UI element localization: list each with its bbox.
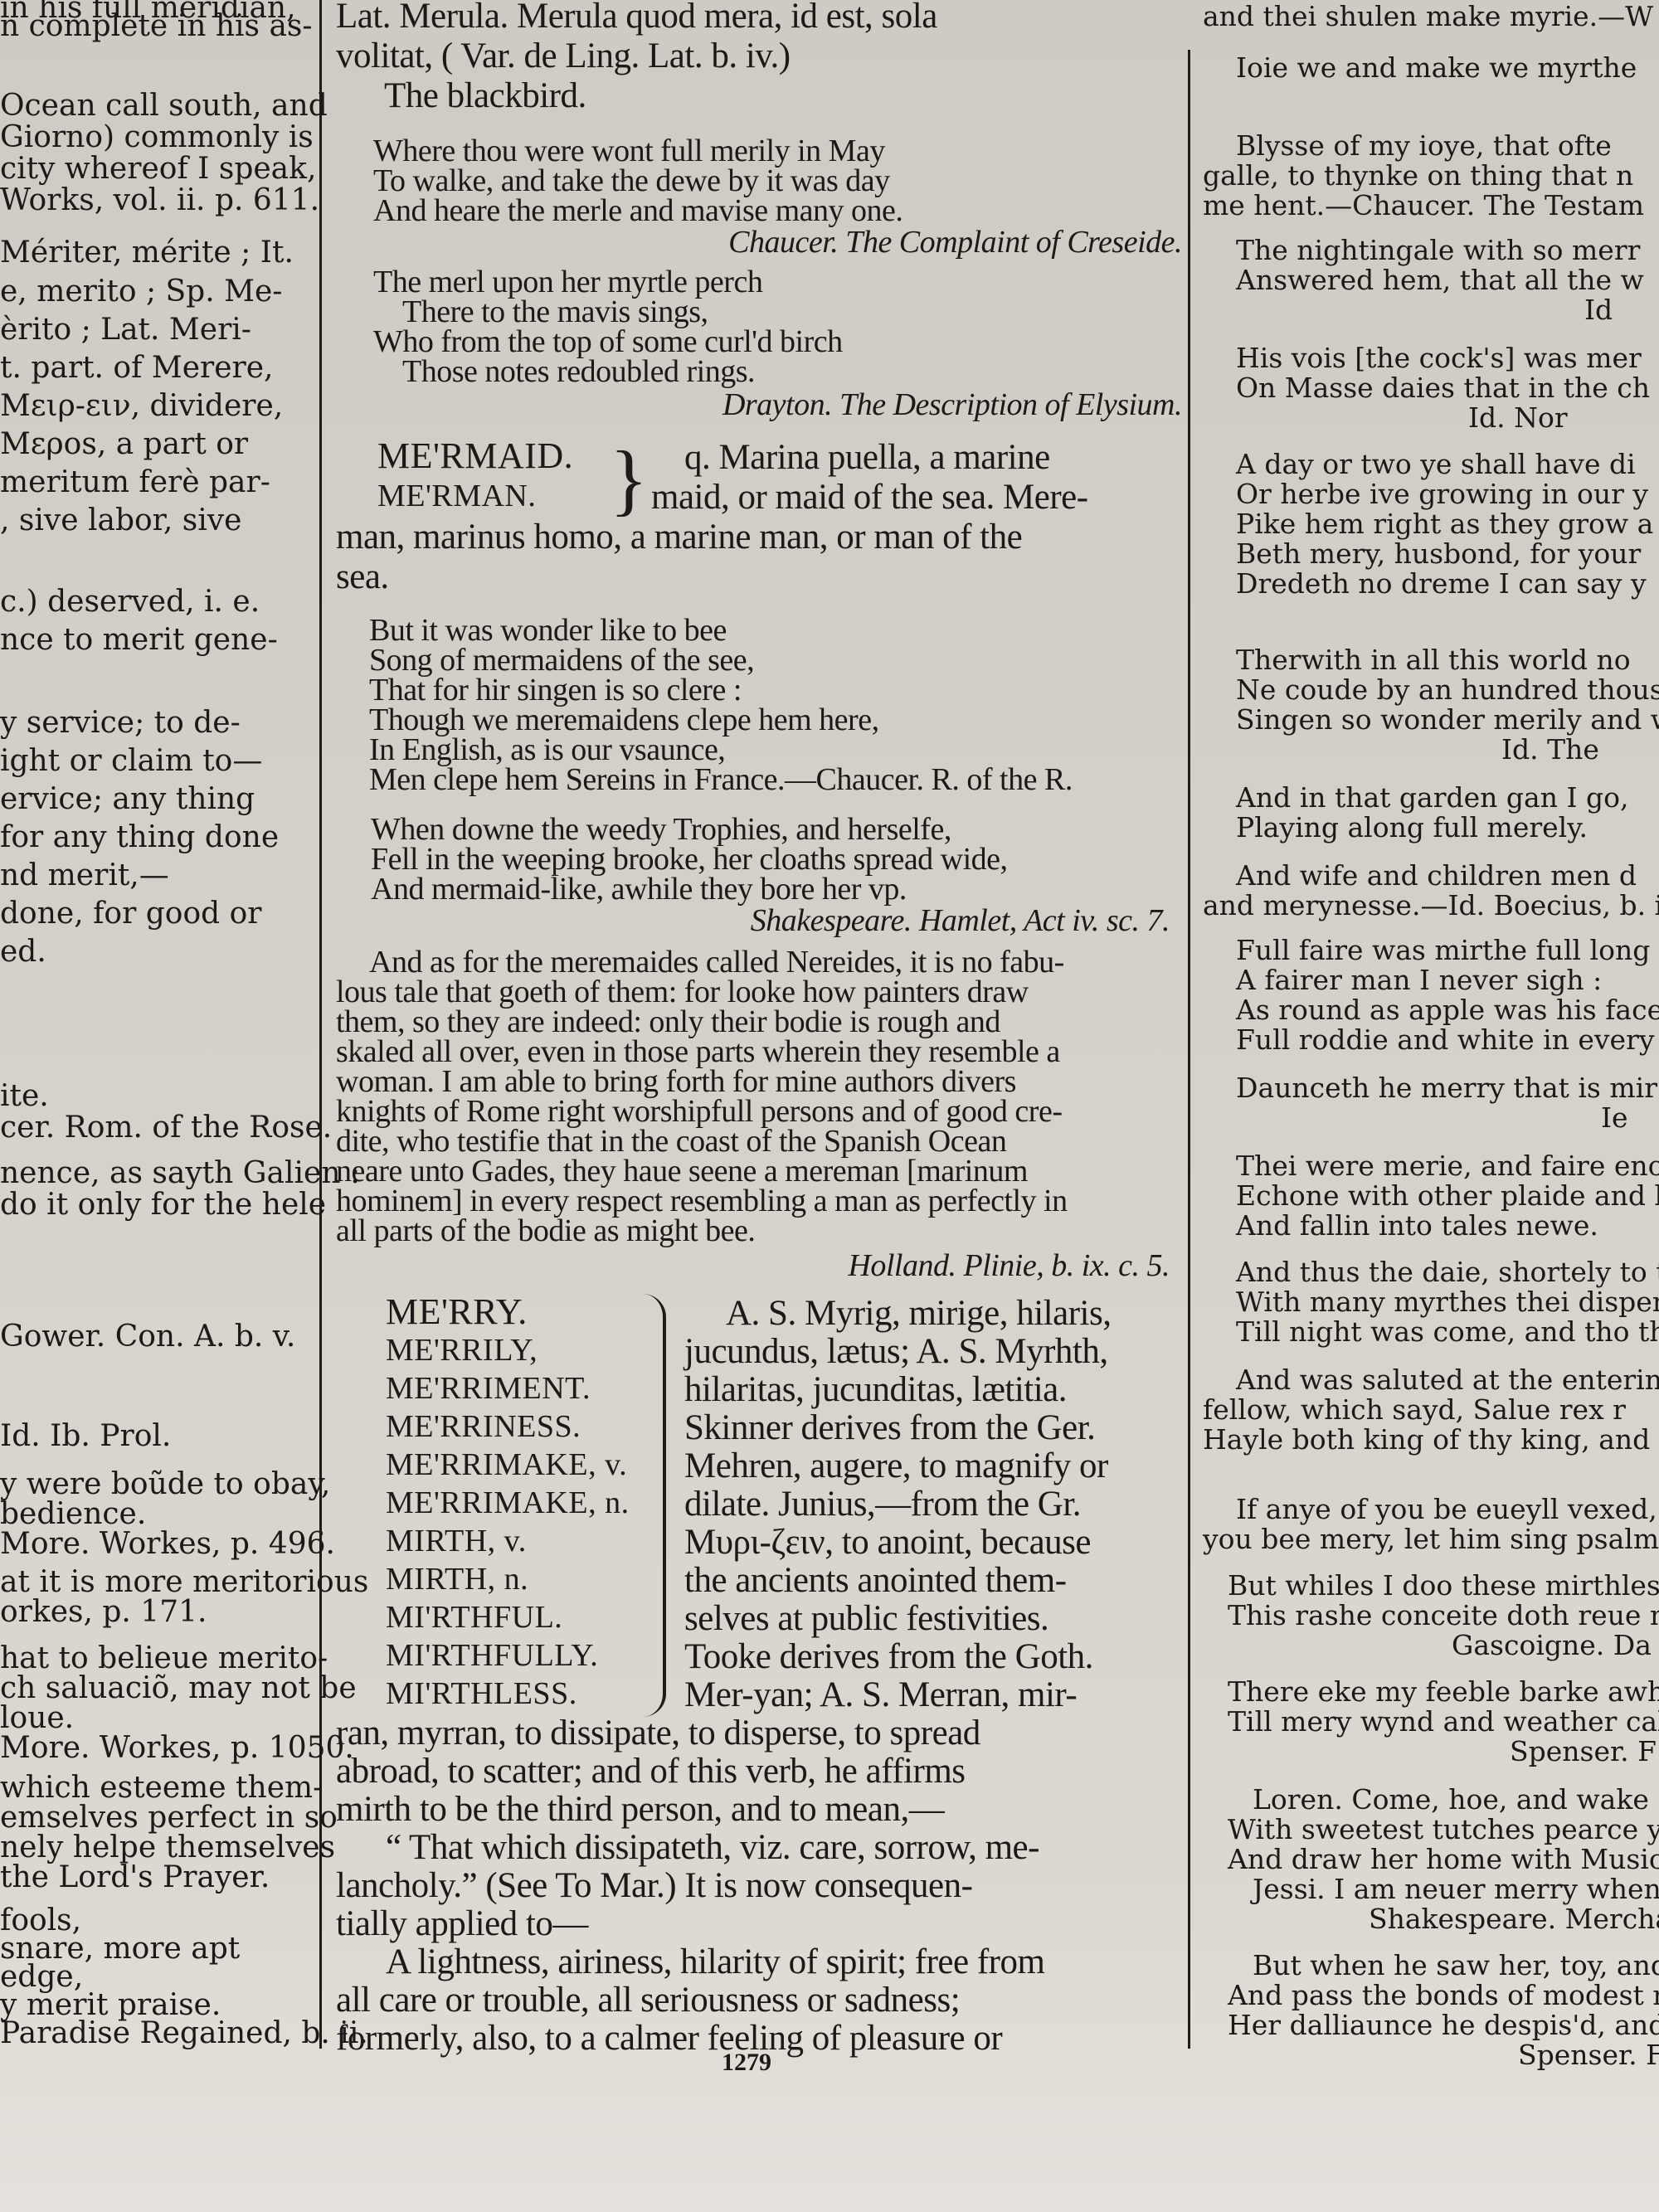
text-line: A day or two ye shall have di bbox=[1236, 448, 1636, 481]
text-line: cer. Rom. of the Rose. bbox=[0, 1111, 307, 1145]
text-line: nce to merit gene- bbox=[0, 624, 278, 657]
text-line: Id. Ib. Prol. bbox=[0, 1420, 171, 1453]
text-line: èrito ; Lat. Meri- bbox=[0, 314, 251, 347]
headword: ME'RRY. bbox=[386, 1296, 528, 1329]
text-line: And thus the daie, shortely to t bbox=[1236, 1256, 1659, 1289]
text-line: me hent.—Chaucer. The Testam bbox=[1203, 189, 1644, 222]
text-line: Full faire was mirthe full long bbox=[1236, 934, 1650, 967]
prose-line: And as for the meremaides called Nereide… bbox=[369, 946, 1064, 979]
text-line: And in that garden gan I go, bbox=[1236, 781, 1628, 814]
definition-line: lancholy.” (See To Mar.) It is now conse… bbox=[336, 1869, 972, 1903]
text-line: Loren. Come, hoe, and wake D bbox=[1253, 1783, 1659, 1816]
text-line: Id. The bbox=[1501, 733, 1599, 766]
text-line: Full roddie and white in every bbox=[1236, 1023, 1655, 1057]
text-line: Playing along full merely. bbox=[1236, 811, 1588, 844]
text-line: e, merito ; Sp. Me- bbox=[0, 275, 282, 309]
headword: MI'RTHLESS. bbox=[386, 1677, 577, 1710]
verse-line: In English, as is our vsaunce, bbox=[369, 733, 725, 766]
definition-line: tially applied to— bbox=[336, 1908, 588, 1941]
text-line: ed. bbox=[0, 936, 46, 969]
text-line: And fallin into tales newe. bbox=[1236, 1209, 1598, 1242]
headword: ME'RMAN. bbox=[377, 479, 536, 513]
text-line: Pike hem right as they grow a bbox=[1236, 508, 1653, 541]
column-rule-right bbox=[1188, 50, 1190, 2049]
text-line: do it only for the hele bbox=[0, 1189, 326, 1222]
text-line: at it is more meritorious bbox=[0, 1566, 368, 1599]
text-line: Echone with other plaide and l bbox=[1236, 1179, 1659, 1213]
etymology-line: selves at public festivities. bbox=[684, 1602, 1048, 1636]
text-line: Hayle both king of thy king, and a bbox=[1203, 1423, 1659, 1456]
text-line: loue. bbox=[0, 1702, 74, 1735]
text-line: Μειρ-ειν, dividere, bbox=[0, 390, 283, 423]
text-line: city whereof I speak, bbox=[0, 153, 316, 186]
verse-line: When downe the weedy Trophies, and herse… bbox=[371, 813, 951, 846]
text-line: , sive labor, sive bbox=[0, 504, 241, 537]
text-line: galle, to thynke on thing that n bbox=[1203, 159, 1633, 192]
text-line: Thei were merie, and faire enou bbox=[1236, 1150, 1659, 1183]
text-line: Spenser. F bbox=[1518, 2039, 1659, 2072]
prose-line: neare unto Gades, they haue seene a mere… bbox=[336, 1155, 1028, 1188]
etymology-line: the ancients anointed them- bbox=[684, 1564, 1067, 1597]
etymology-line: Mer-yan; A. S. Merran, mir- bbox=[684, 1679, 1077, 1712]
text-line: There eke my feeble barke awhile bbox=[1228, 1675, 1659, 1709]
definition-line: all care or trouble, all seriousness or … bbox=[336, 1984, 960, 2017]
brace: } bbox=[610, 440, 648, 519]
text-line: Or herbe ive growing in our y bbox=[1236, 478, 1648, 511]
text-line: Mériter, mérite ; It. bbox=[0, 236, 294, 270]
text-line: Her dalliaunce he despis'd, and fo bbox=[1228, 2009, 1659, 2042]
text-line: ight or claim to— bbox=[0, 745, 262, 778]
verse-line: Those notes redoubled rings. bbox=[402, 355, 755, 388]
definition-line: abroad, to scatter; and of this verb, he… bbox=[336, 1755, 966, 1788]
text-line: Gascoigne. Da bbox=[1452, 1629, 1652, 1662]
definition-line: mirth to be the third person, and to mea… bbox=[336, 1793, 944, 1826]
etymology-line: hilaritas, jucunditas, lætitia. bbox=[684, 1373, 1067, 1407]
verse-line: Fell in the weeping brooke, her cloaths … bbox=[371, 843, 1008, 876]
verse-line: Though we meremaidens clepe hem here, bbox=[369, 703, 879, 737]
text-line: y were boũde to obay, bbox=[0, 1468, 330, 1501]
text-line: Blysse of my ioye, that ofte bbox=[1236, 129, 1612, 163]
text-line: nence, as sayth Galien : bbox=[0, 1157, 360, 1190]
intro-line: Lat. Merula. Merula quod mera, id est, s… bbox=[336, 0, 937, 33]
text-line: Id. Nor bbox=[1468, 401, 1568, 435]
text-line: Works, vol. ii. p. 611. bbox=[0, 184, 307, 217]
prose-line: dite, who testifie that in the coast of … bbox=[336, 1125, 1006, 1158]
verse-line: Song of mermaidens of the see, bbox=[369, 644, 754, 677]
prose-line: all parts of the bodie as might bee. bbox=[336, 1214, 755, 1247]
definition-line: “ That which dissipateth, viz. care, sor… bbox=[386, 1831, 1039, 1864]
text-line: More. Workes, p. 1050. bbox=[0, 1732, 307, 1765]
text-line: n complete in his as- bbox=[0, 10, 313, 43]
text-line: A fairer man I never sigh : bbox=[1236, 964, 1602, 997]
text-line: which esteeme them- bbox=[0, 1772, 323, 1805]
text-line: His vois [the cock's] was mer bbox=[1236, 342, 1642, 375]
verse-line: To walke, and take the dewe by it was da… bbox=[373, 164, 890, 197]
citation: Holland. Plinie, b. ix. c. 5. bbox=[336, 1249, 1170, 1282]
text-line: nd merit,— bbox=[0, 859, 169, 892]
text-line: for any thing done bbox=[0, 821, 279, 854]
etymology-line: Skinner derives from the Ger. bbox=[684, 1412, 1095, 1445]
etymology-line: jucundus, lætus; A. S. Myrhth, bbox=[684, 1335, 1108, 1369]
text-line: y service; to de- bbox=[0, 707, 241, 740]
text-line: done, for good or bbox=[0, 897, 262, 931]
prose-line: knights of Rome right worshipfull person… bbox=[336, 1095, 1062, 1128]
text-line: Shakespeare. Merchan bbox=[1369, 1903, 1659, 1936]
definition-line: maid, or maid of the sea. Mere- bbox=[651, 481, 1088, 514]
etymology-line: A. S. Myrig, mirige, hilaris, bbox=[726, 1297, 1111, 1330]
verse-line: And mermaid-like, awhile they bore her v… bbox=[371, 873, 907, 906]
text-line: Ocean call south, and bbox=[0, 90, 328, 123]
text-line: As round as apple was his face bbox=[1236, 994, 1659, 1027]
headword: ME'RRIMAKE, n. bbox=[386, 1486, 630, 1519]
headword: MI'RTHFULLY. bbox=[386, 1639, 598, 1672]
text-line: bedience. bbox=[0, 1498, 146, 1531]
text-line: meritum ferè par- bbox=[0, 466, 270, 499]
text-line: Giorno) commonly is bbox=[0, 121, 314, 154]
definition-line: q. Marina puella, a marine bbox=[684, 441, 1050, 474]
text-line: the Lord's Prayer. bbox=[0, 1861, 270, 1894]
text-line: t. part. of Merere, bbox=[0, 352, 274, 385]
text-line: Daunceth he merry that is mir bbox=[1236, 1072, 1657, 1105]
etymology-line: dilate. Junius,—from the Gr. bbox=[684, 1488, 1081, 1521]
citation: Shakespeare. Hamlet, Act iv. sc. 7. bbox=[336, 904, 1170, 937]
text-line: emselves perfect in so bbox=[0, 1801, 338, 1835]
text-line: and merynesse.—Id. Boecius, b. i bbox=[1203, 889, 1659, 922]
text-line: Beth mery, husbond, for your bbox=[1236, 537, 1641, 571]
text-line: Jessi. I am neuer merry when bbox=[1253, 1873, 1659, 1906]
headword: ME'RRIMAKE, v. bbox=[386, 1448, 627, 1481]
text-line: orkes, p. 171. bbox=[0, 1596, 207, 1629]
prose-line: woman. I am able to bring forth for mine… bbox=[336, 1065, 1016, 1098]
citation: Chaucer. The Complaint of Creseide. bbox=[336, 226, 1182, 259]
text-line: On Masse daies that in the ch bbox=[1236, 372, 1650, 405]
text-line: And was saluted at the entering bbox=[1236, 1364, 1659, 1397]
text-line: hat to belieue merito- bbox=[0, 1642, 328, 1675]
verse-line: Where thou were wont full merily in May bbox=[373, 134, 885, 168]
definition-line: A lightness, airiness, hilarity of spiri… bbox=[386, 1946, 1044, 1979]
text-line: ervice; any thing bbox=[0, 783, 255, 816]
verse-line: Men clepe hem Sereins in France.—Chaucer… bbox=[369, 763, 1073, 796]
prose-line: hominem] in every respect resembling a m… bbox=[336, 1184, 1068, 1218]
text-line: More. Workes, p. 496. bbox=[0, 1528, 307, 1561]
text-line: you bee mery, let him sing psalmes. bbox=[1203, 1523, 1659, 1556]
text-line: With sweetest tutches pearce you bbox=[1228, 1813, 1659, 1846]
text-line: With many myrthes thei dispen bbox=[1236, 1286, 1659, 1319]
definition-line: formerly, also, to a calmer feeling of p… bbox=[336, 2022, 1002, 2055]
headword: MIRTH, v. bbox=[386, 1524, 527, 1558]
etymology-line: Μυρι-ζειν, to anoint, because bbox=[684, 1526, 1091, 1559]
verse-line: That for hir singen is so clere : bbox=[369, 673, 742, 707]
text-line: If anye of you be eueyll vexed, l bbox=[1236, 1493, 1659, 1526]
text-line: Till mery wynd and weather call bbox=[1228, 1705, 1659, 1738]
headword: ME'RRILY, bbox=[386, 1334, 538, 1367]
text-line: Dredeth no dreme I can say y bbox=[1236, 567, 1647, 600]
text-line: The nightingale with so merr bbox=[1236, 234, 1640, 267]
verse-line: Who from the top of some curl'd birch bbox=[373, 325, 843, 358]
text-line: Μεροs, a part or bbox=[0, 428, 248, 461]
definition-line: man, marinus homo, a marine man, or man … bbox=[336, 521, 1022, 554]
headword: ME'RRIMENT. bbox=[386, 1372, 591, 1405]
text-line: fellow, which sayd, Salue rex r bbox=[1203, 1393, 1626, 1427]
intro-line: volitat, ( Var. de Ling. Lat. b. iv.) bbox=[336, 40, 791, 73]
headword: ME'RMAID. bbox=[377, 440, 573, 473]
verse-line: There to the mavis sings, bbox=[402, 295, 708, 328]
text-line: Spenser. F bbox=[1510, 1735, 1657, 1768]
citation: Drayton. The Description of Elysium. bbox=[336, 388, 1182, 421]
text-line: nely helpe themselves bbox=[0, 1831, 335, 1864]
text-line: Till night was come, and tho th bbox=[1236, 1315, 1659, 1349]
text-line: Ioie we and make we myrthe bbox=[1236, 51, 1637, 85]
text-line: Paradise Regained, b. ii. bbox=[0, 2017, 307, 2050]
text-line: And wife and children men d bbox=[1236, 859, 1637, 892]
text-line: ch saluaciõ, may not be bbox=[0, 1672, 357, 1705]
verse-line: And heare the merle and mavise many one. bbox=[373, 194, 902, 227]
text-line: Therwith in all this world no bbox=[1236, 644, 1631, 677]
text-line: Gower. Con. A. b. v. bbox=[0, 1320, 295, 1354]
etymology-line: Mehren, augere, to magnify or bbox=[684, 1450, 1108, 1483]
text-line: Singen so wonder merily and w bbox=[1236, 703, 1659, 737]
prose-line: skaled all over, even in those parts whe… bbox=[336, 1035, 1060, 1068]
text-line: Ne coude by an hundred thous bbox=[1236, 673, 1659, 707]
brace bbox=[643, 1294, 666, 1717]
headword: MI'RTHFUL. bbox=[386, 1601, 562, 1634]
text-line: ite. bbox=[0, 1080, 49, 1113]
text-line: and thei shulen make myrie.—W bbox=[1203, 0, 1653, 33]
intro-line: The blackbird. bbox=[384, 80, 586, 113]
verse-line: But it was wonder like to bee bbox=[369, 614, 727, 647]
text-line: Answered hem, that all the w bbox=[1236, 264, 1644, 297]
text-line: Ie bbox=[1601, 1101, 1628, 1135]
prose-line: them, so they are indeed: only their bod… bbox=[336, 1005, 1000, 1038]
etymology-line: Tooke derives from the Goth. bbox=[684, 1641, 1093, 1674]
page-number: 1279 bbox=[722, 2049, 771, 2077]
text-line: But when he saw her, toy, and bbox=[1253, 1949, 1659, 1982]
text-line: And draw her home with Musick bbox=[1228, 1843, 1659, 1876]
text-line: Id bbox=[1584, 294, 1613, 327]
verse-line: The merl upon her myrtle perch bbox=[373, 265, 762, 299]
text-line: But whiles I doo these mirthless bbox=[1228, 1569, 1659, 1602]
definition-line: sea. bbox=[336, 561, 389, 594]
text-line: And pass the bonds of modest me bbox=[1228, 1979, 1659, 2012]
prose-line: lous tale that goeth of them: for looke … bbox=[336, 975, 1029, 1009]
definition-line: ran, myrran, to dissipate, to disperse, … bbox=[336, 1717, 980, 1750]
headword: MIRTH, n. bbox=[386, 1563, 528, 1596]
text-line: This rashe conceite doth reue me bbox=[1228, 1599, 1659, 1632]
text-line: c.) deserved, i. e. bbox=[0, 586, 260, 619]
headword: ME'RRINESS. bbox=[386, 1410, 581, 1443]
